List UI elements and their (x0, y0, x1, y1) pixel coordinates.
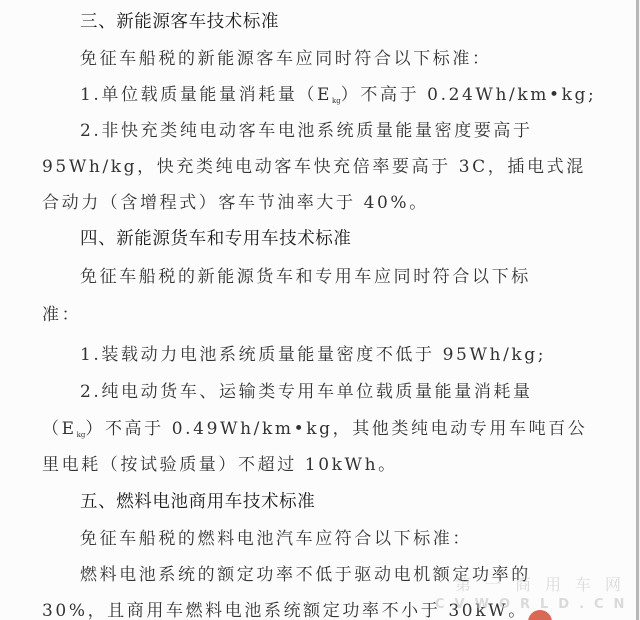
text: ）不高于 0.49Wh/km•kg，其他类纯电动专用车吨百公 (85, 419, 587, 439)
section-intro-4-line-2: 准： (42, 300, 81, 325)
section-4-item-1: 1.装载动力电池系统质量能量密度不低于 95Wh/kg; (80, 340, 546, 365)
section-3-item-1: 1.单位载质量能量消耗量（Ekg）不高于 0.24Wh/km•kg; (80, 80, 596, 105)
text: （E (42, 419, 77, 439)
section-heading-5: 五、燃料电池商用车技术标准 (80, 488, 315, 513)
section-3-item-2-line-1: 2.非快充类纯电动客车电池系统质量能量密度要高于 (80, 116, 533, 141)
section-3-item-2-line-3: 合动力（含增程式）客车节油率大于 40%。 (42, 188, 429, 213)
watermark: 第一商用车网 CVWORLD.CN (455, 572, 635, 612)
section-4-item-2-line-3: 里电耗（按试验质量）不超过 10kWh。 (42, 450, 398, 475)
document-page: 三、新能源客车技术标准 免征车船税的新能源客车应同时符合以下标准： 1.单位载质… (0, 0, 636, 620)
section-heading-3: 三、新能源客车技术标准 (80, 8, 279, 33)
section-4-item-2-line-1: 2.纯电动货车、运输类专用车单位载质量能量消耗量 (80, 377, 533, 402)
section-heading-4: 四、新能源货车和专用车技术标准 (80, 225, 352, 250)
section-3-item-2-line-2: 95Wh/kg，快充类纯电动客车快充倍率要高于 3C，插电式混 (42, 152, 586, 177)
subscript: kg (332, 97, 341, 105)
section-intro-3: 免征车船税的新能源客车应同时符合以下标准： (80, 44, 492, 69)
watermark-cn: 第一商用车网 (455, 572, 635, 595)
text: 1.单位载质量能量消耗量（E (80, 85, 332, 105)
text: ）不高于 0.24Wh/km•kg; (341, 85, 597, 105)
section-intro-4-line-1: 免征车船税的新能源货车和专用车应同时符合以下标 (80, 262, 531, 287)
section-4-item-2-line-2: （Ekg）不高于 0.49Wh/km•kg，其他类纯电动专用车吨百公 (42, 414, 587, 439)
section-intro-5: 免征车船税的燃料电池汽车应符合以下标准： (80, 524, 472, 549)
